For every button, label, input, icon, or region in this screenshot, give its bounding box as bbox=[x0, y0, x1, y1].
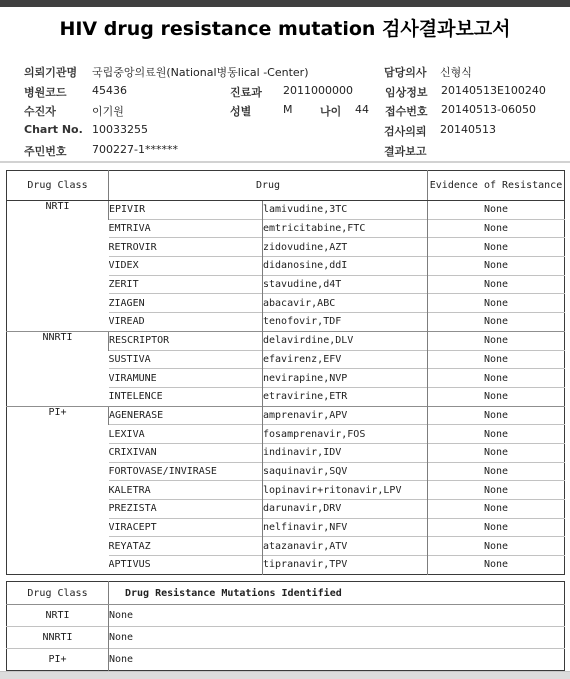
drug-generic-cell: etravirine,ETR bbox=[263, 387, 428, 406]
horizontal-scrollbar[interactable] bbox=[0, 671, 570, 679]
evidence-cell: None bbox=[428, 331, 565, 350]
evidence-cell: None bbox=[428, 500, 565, 519]
mutation-value-cell: None bbox=[109, 627, 565, 649]
sex-label: 성별 bbox=[230, 103, 283, 119]
hospital-code-value: 45436 bbox=[92, 84, 230, 97]
evidence-cell: None bbox=[428, 462, 565, 481]
doctor-label: 담당의사 bbox=[384, 64, 440, 80]
drug-brand-cell: PREZISTA bbox=[109, 500, 263, 519]
drug-generic-cell: saquinavir,SQV bbox=[263, 462, 428, 481]
drug-generic-cell: abacavir,ABC bbox=[263, 294, 428, 313]
chart-no-value: 10033255 bbox=[92, 123, 384, 136]
requesting-org-value: 국립중앙의료원(National병동lical -Center) bbox=[92, 64, 384, 80]
info-row: 주민번호 700227-1****** 결과보고 bbox=[24, 143, 560, 163]
drug-brand-cell: RETROVIR bbox=[109, 238, 263, 257]
drug-class-cell: NNRTI bbox=[7, 331, 109, 406]
evidence-cell: None bbox=[428, 518, 565, 537]
mutations-table: Drug Class Drug Resistance Mutations Ide… bbox=[6, 581, 565, 671]
drug-class-cell: NRTI bbox=[7, 201, 109, 332]
resistance-table-body: NRTIEPIVIRlamivudine,3TCNoneEMTRIVAemtri… bbox=[7, 201, 565, 575]
drug-generic-cell: zidovudine,AZT bbox=[263, 238, 428, 257]
patient-info-section: 의뢰기관명 국립중앙의료원(National병동lical -Center) 담… bbox=[24, 64, 560, 162]
mutations-identified-header: Drug Resistance Mutations Identified bbox=[109, 582, 565, 605]
drug-brand-cell: VIRACEPT bbox=[109, 518, 263, 537]
mutation-class-cell: NRTI bbox=[7, 605, 109, 627]
evidence-cell: None bbox=[428, 313, 565, 332]
drug-brand-cell: FORTOVASE/INVIRASE bbox=[109, 462, 263, 481]
mutation-value-cell: None bbox=[109, 605, 565, 627]
department-value: 2011000000 bbox=[283, 84, 385, 97]
evidence-cell: None bbox=[428, 257, 565, 276]
order-date-label: 검사의뢰 bbox=[384, 123, 440, 139]
resistance-table: Drug Class Drug Evidence of Resistance N… bbox=[6, 170, 565, 575]
drug-generic-cell: tipranavir,TPV bbox=[263, 556, 428, 575]
mutation-class-cell: PI+ bbox=[7, 649, 109, 671]
evidence-cell: None bbox=[428, 387, 565, 406]
evidence-cell: None bbox=[428, 537, 565, 556]
drug-class-header: Drug Class bbox=[7, 171, 109, 201]
evidence-cell: None bbox=[428, 201, 565, 220]
drug-brand-cell: SUSTIVA bbox=[109, 350, 263, 369]
resident-id-value: 700227-1****** bbox=[92, 143, 384, 156]
drug-generic-cell: tenofovir,TDF bbox=[263, 313, 428, 332]
drug-brand-cell: LEXIVA bbox=[109, 425, 263, 444]
drug-generic-cell: nevirapine,NVP bbox=[263, 369, 428, 388]
mutation-row: PI+None bbox=[7, 649, 565, 671]
drug-brand-cell: EPIVIR bbox=[109, 201, 263, 220]
drug-brand-cell: EMTRIVA bbox=[109, 219, 263, 238]
drug-brand-cell: KALETRA bbox=[109, 481, 263, 500]
evidence-cell: None bbox=[428, 369, 565, 388]
clinical-info-label: 임상정보 bbox=[385, 84, 441, 100]
drug-brand-cell: REYATAZ bbox=[109, 537, 263, 556]
drug-generic-cell: darunavir,DRV bbox=[263, 500, 428, 519]
drug-generic-cell: didanosine,ddI bbox=[263, 257, 428, 276]
evidence-cell: None bbox=[428, 350, 565, 369]
drug-generic-cell: nelfinavir,NFV bbox=[263, 518, 428, 537]
resistance-table-header-row: Drug Class Drug Evidence of Resistance bbox=[7, 171, 565, 201]
info-row: 병원코드 45436 진료과 2011000000 임상정보 20140513E… bbox=[24, 84, 560, 104]
drug-brand-cell: APTIVUS bbox=[109, 556, 263, 575]
info-row: 의뢰기관명 국립중앙의료원(National병동lical -Center) 담… bbox=[24, 64, 560, 84]
evidence-cell: None bbox=[428, 406, 565, 425]
drug-header: Drug bbox=[109, 171, 428, 201]
department-label: 진료과 bbox=[230, 84, 283, 100]
drug-generic-cell: efavirenz,EFV bbox=[263, 350, 428, 369]
drug-generic-cell: indinavir,IDV bbox=[263, 443, 428, 462]
accession-no-value: 20140513-06050 bbox=[441, 103, 560, 116]
drug-brand-cell: ZERIT bbox=[109, 275, 263, 294]
evidence-cell: None bbox=[428, 556, 565, 575]
drug-generic-cell: lopinavir+ritonavir,LPV bbox=[263, 481, 428, 500]
age-label: 나이 bbox=[320, 103, 355, 119]
evidence-cell: None bbox=[428, 238, 565, 257]
requesting-org-label: 의뢰기관명 bbox=[24, 64, 92, 80]
clinical-info-value: 20140513E100240 bbox=[441, 84, 560, 97]
drug-generic-cell: lamivudine,3TC bbox=[263, 201, 428, 220]
drug-generic-cell: amprenavir,APV bbox=[263, 406, 428, 425]
info-row: Chart No. 10033255 검사의뢰 20140513 bbox=[24, 123, 560, 143]
resident-id-label: 주민번호 bbox=[24, 143, 92, 159]
drug-generic-cell: atazanavir,ATV bbox=[263, 537, 428, 556]
evidence-cell: None bbox=[428, 275, 565, 294]
drug-row: NRTIEPIVIRlamivudine,3TCNone bbox=[7, 201, 565, 220]
drug-brand-cell: VIREAD bbox=[109, 313, 263, 332]
drug-row: NNRTIRESCRIPTORdelavirdine,DLVNone bbox=[7, 331, 565, 350]
evidence-cell: None bbox=[428, 443, 565, 462]
evidence-cell: None bbox=[428, 425, 565, 444]
doctor-value: 신형식 bbox=[440, 64, 560, 80]
drug-generic-cell: fosamprenavir,FOS bbox=[263, 425, 428, 444]
drug-brand-cell: RESCRIPTOR bbox=[109, 331, 263, 350]
drug-class-cell: PI+ bbox=[7, 406, 109, 574]
order-date-value: 20140513 bbox=[440, 123, 560, 136]
patient-name-value: 이기원 bbox=[92, 103, 230, 119]
mutations-table-header-row: Drug Class Drug Resistance Mutations Ide… bbox=[7, 582, 565, 605]
evidence-header: Evidence of Resistance bbox=[428, 171, 565, 201]
drug-row: PI+AGENERASEamprenavir,APVNone bbox=[7, 406, 565, 425]
evidence-cell: None bbox=[428, 219, 565, 238]
age-value: 44 bbox=[355, 103, 369, 119]
drug-generic-cell: delavirdine,DLV bbox=[263, 331, 428, 350]
mutations-drug-class-header: Drug Class bbox=[7, 582, 109, 605]
evidence-cell: None bbox=[428, 294, 565, 313]
mutations-table-body: NRTINoneNNRTINonePI+None bbox=[7, 605, 565, 671]
drug-brand-cell: AGENERASE bbox=[109, 406, 263, 425]
drug-generic-cell: stavudine,d4T bbox=[263, 275, 428, 294]
drug-brand-cell: CRIXIVAN bbox=[109, 443, 263, 462]
mutation-class-cell: NNRTI bbox=[7, 627, 109, 649]
report-page: HIV drug resistance mutation 검사결과보고서 의뢰기… bbox=[0, 0, 570, 679]
evidence-cell: None bbox=[428, 481, 565, 500]
drug-brand-cell: VIRAMUNE bbox=[109, 369, 263, 388]
drug-brand-cell: ZIAGEN bbox=[109, 294, 263, 313]
drug-brand-cell: VIDEX bbox=[109, 257, 263, 276]
mutation-row: NRTINone bbox=[7, 605, 565, 627]
chart-no-label: Chart No. bbox=[24, 123, 92, 136]
patient-name-label: 수진자 bbox=[24, 103, 92, 119]
window-top-edge bbox=[0, 0, 570, 7]
sex-value: M bbox=[283, 103, 320, 119]
mutation-row: NNRTINone bbox=[7, 627, 565, 649]
drug-generic-cell: emtricitabine,FTC bbox=[263, 219, 428, 238]
report-date-label: 결과보고 bbox=[384, 143, 440, 159]
report-title: HIV drug resistance mutation 검사결과보고서 bbox=[0, 14, 570, 41]
section-divider bbox=[0, 161, 570, 163]
hospital-code-label: 병원코드 bbox=[24, 84, 92, 100]
accession-no-label: 접수번호 bbox=[385, 103, 441, 119]
drug-brand-cell: INTELENCE bbox=[109, 387, 263, 406]
mutation-value-cell: None bbox=[109, 649, 565, 671]
info-row: 수진자 이기원 성별 M 나이 44 접수번호 20140513-06050 bbox=[24, 103, 560, 123]
